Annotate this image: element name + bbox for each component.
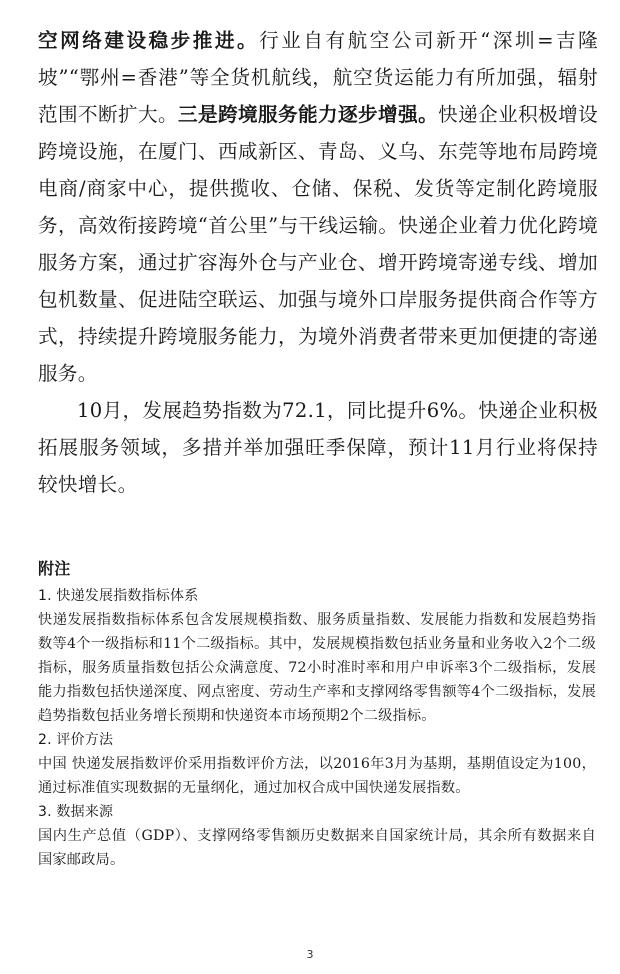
paragraph-text: 快递企业积极增设跨境设施，在厦门、西咸新区、青岛、义乌、东莞等地布局跨境电商/商… [38, 103, 598, 385]
bold-section-heading: 三是跨境服务能力逐步增强。 [178, 103, 438, 126]
note-body-data-source: 国内生产总值（GDP）、支撑网络零售额历史数据来自国家统计局，其余所有数据来自国… [38, 824, 596, 872]
paragraph-trend-index: 10月，发展趋势指数为72.1，同比提升6%。快递企业积极拓展服务领域，多措并举… [38, 392, 598, 503]
main-body: 空网络建设稳步推进。行业自有航空公司新开“深圳=吉隆坡”“鄂州=香港”等全货机航… [38, 22, 598, 503]
document-page: 空网络建设稳步推进。行业自有航空公司新开“深圳=吉隆坡”“鄂州=香港”等全货机航… [0, 0, 620, 974]
page-number: 3 [0, 948, 620, 961]
note-heading-data-source: 3. 数据来源 [38, 800, 596, 824]
bold-lead-phrase: 空网络建设稳步推进。 [38, 29, 259, 52]
paragraph-cross-border: 空网络建设稳步推进。行业自有航空公司新开“深圳=吉隆坡”“鄂州=香港”等全货机航… [38, 22, 598, 392]
note-body-evaluation-method: 中国 快递发展指数评价采用指数评价方法，以2016年3月为基期，基期值设定为10… [38, 752, 596, 800]
paragraph-text: 10月，发展趋势指数为72.1，同比提升6%。快递企业积极拓展服务领域，多措并举… [38, 399, 598, 496]
note-heading-indicator-system: 1. 快递发展指数指标体系 [38, 584, 596, 608]
note-heading-evaluation-method: 2. 评价方法 [38, 728, 596, 752]
note-body-indicator-system: 快递发展指数指标体系包含发展规模指数、服务质量指数、发展能力指数和发展趋势指数等… [38, 608, 596, 728]
notes-section: 附注 1. 快递发展指数指标体系 快递发展指数指标体系包含发展规模指数、服务质量… [38, 556, 596, 872]
notes-title: 附注 [38, 556, 596, 582]
